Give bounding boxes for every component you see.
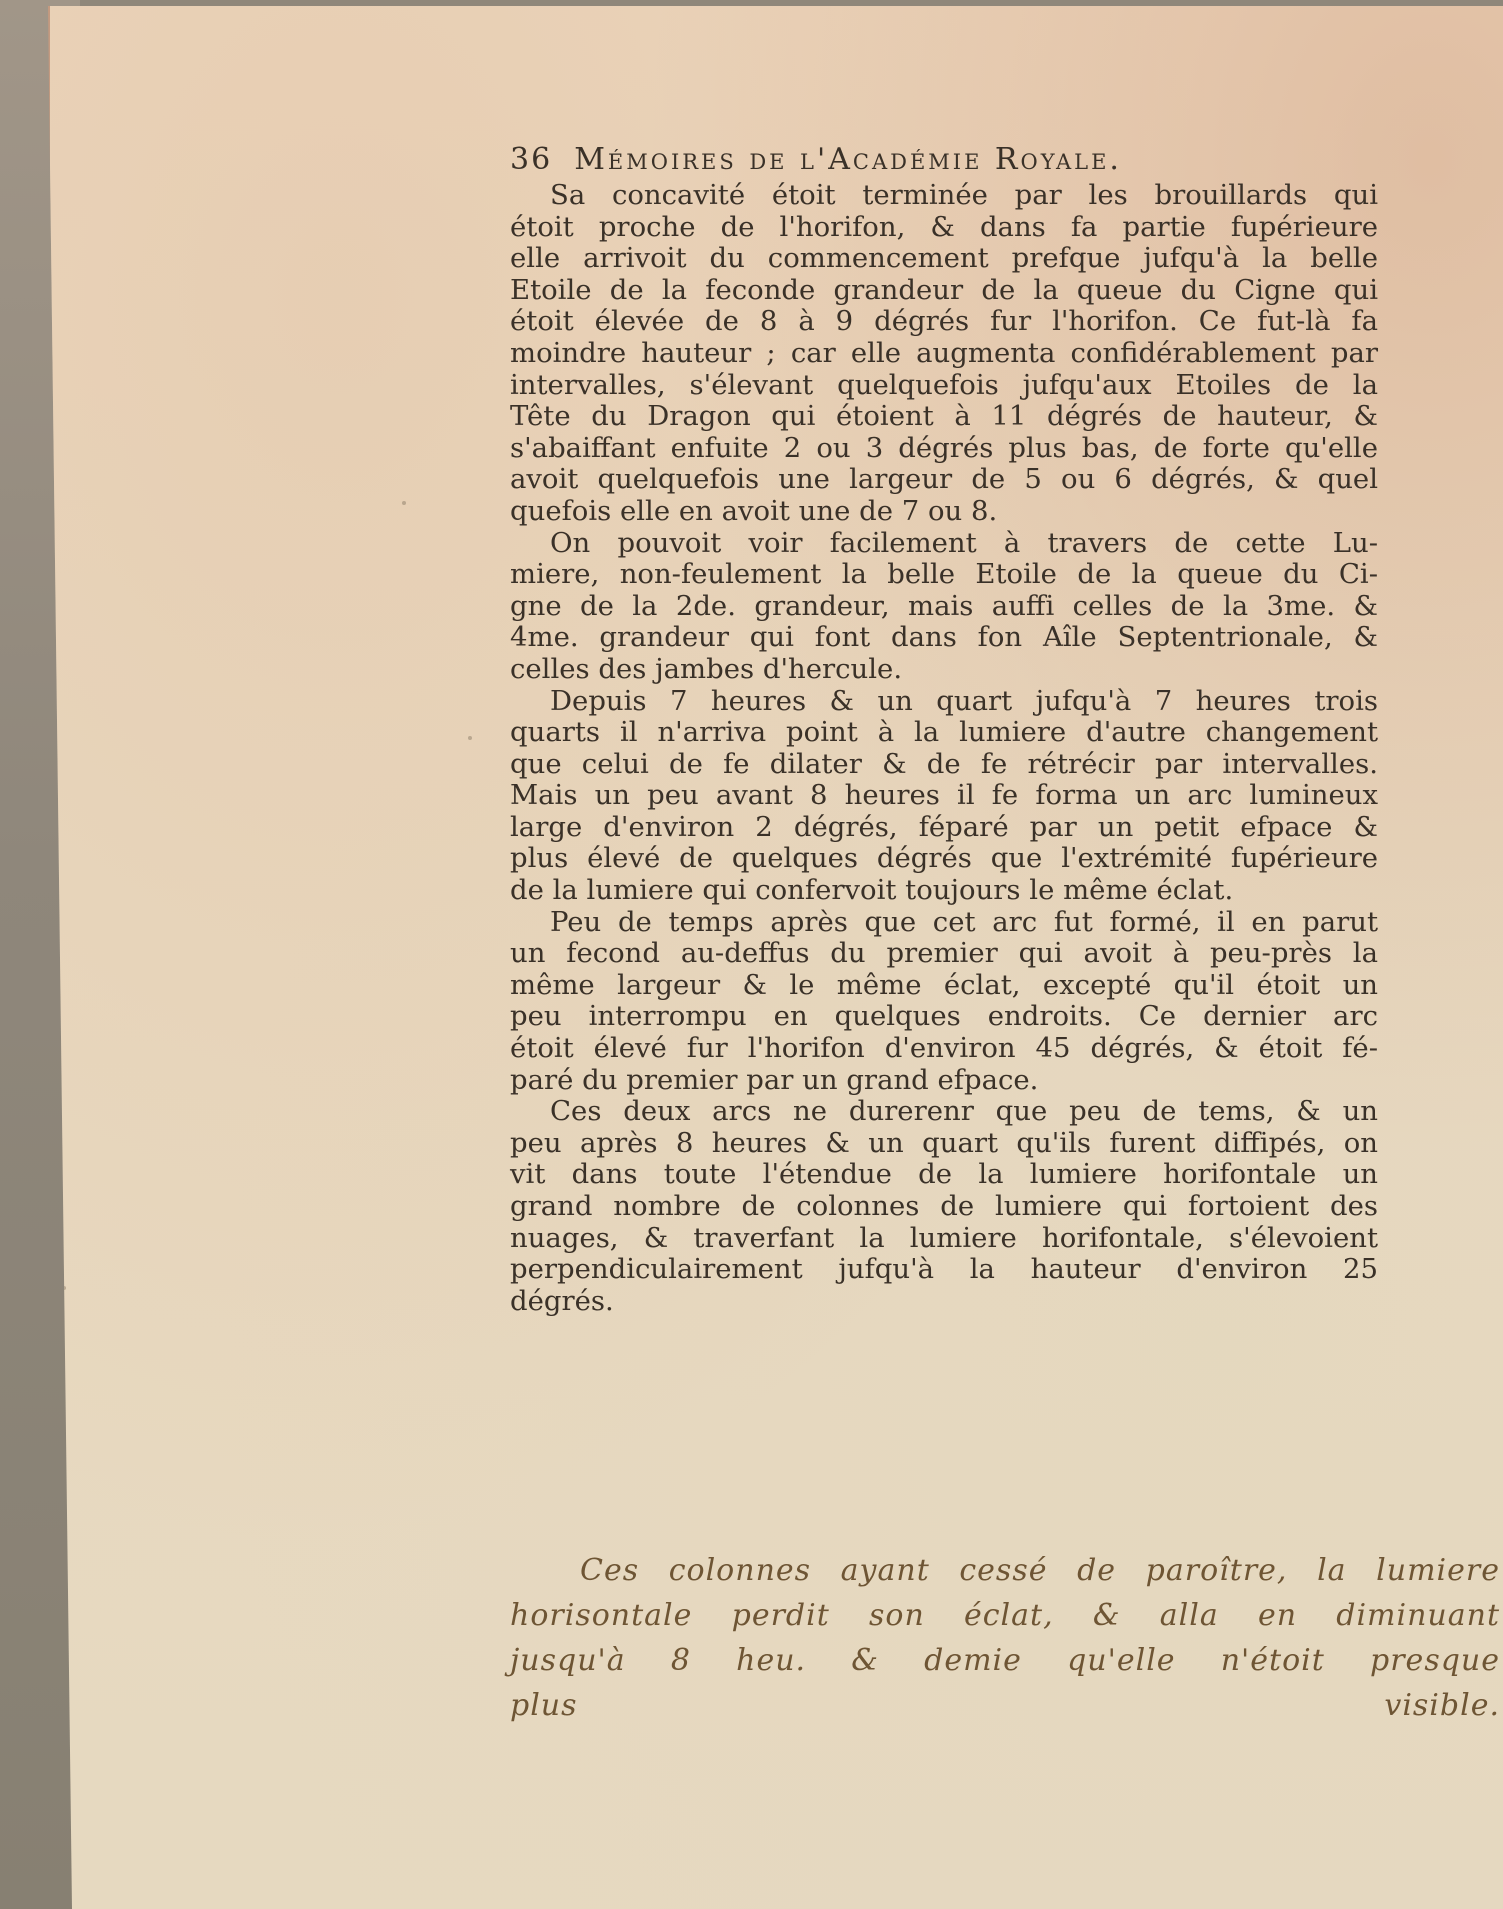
text-line: large d'environ 2 dégrés, féparé par un … xyxy=(510,812,1378,844)
text-line: Mais un peu avant 8 heures il fe forma u… xyxy=(510,780,1378,812)
text-line: moindre hauteur ; car elle augmenta conf… xyxy=(510,338,1378,370)
text-line: 4me. grandeur qui font dans fon Aîle Sep… xyxy=(510,622,1378,654)
text-line: plus élevé de quelques dégrés que l'extr… xyxy=(510,843,1378,875)
text-line: Etoile de la feconde grandeur de la queu… xyxy=(510,275,1378,307)
text-line: de la lumiere qui confervoit toujours le… xyxy=(510,875,1378,907)
text-line: Tête du Dragon qui étoient à 11 dégrés d… xyxy=(510,401,1378,433)
text-line: étoit élevé fur l'horifon d'environ 45 d… xyxy=(510,1033,1378,1065)
page-number: 36 xyxy=(510,140,552,180)
handwritten-line: jusqu'à 8 heu. & demie qu'elle n'étoit p… xyxy=(510,1638,1500,1683)
paragraph-4: Peu de temps après que cet arc fut formé… xyxy=(510,907,1378,1097)
text-line: perpendiculairement jufqu'à la hauteur d… xyxy=(510,1254,1378,1286)
handwritten-line: Ces colonnes ayant cessé de paroître, la… xyxy=(510,1548,1500,1593)
paper-speck xyxy=(468,736,472,740)
text-line: dégrés. xyxy=(510,1286,1378,1318)
running-title: Mémoires de l'Académie Royale. xyxy=(574,140,1122,180)
text-line: Ces deux arcs ne durerenr que peu de tem… xyxy=(510,1096,1378,1128)
text-line: grand nombre de colonnes de lumiere qui … xyxy=(510,1191,1378,1223)
text-line: Peu de temps après que cet arc fut formé… xyxy=(510,907,1378,939)
text-line: quarts il n'arriva point à la lumiere d'… xyxy=(510,717,1378,749)
paragraph-3: Depuis 7 heures & un quart jufqu'à 7 heu… xyxy=(510,686,1378,907)
text-line: s'abaiffant enfuite 2 ou 3 dégrés plus b… xyxy=(510,433,1378,465)
text-line: paré du premier par un grand efpace. xyxy=(510,1065,1378,1097)
text-line: avoit quelquefois une largeur de 5 ou 6 … xyxy=(510,464,1378,496)
printed-text: 36 Mémoires de l'Académie Royale. Sa con… xyxy=(510,140,1378,1317)
text-line: Depuis 7 heures & un quart jufqu'à 7 heu… xyxy=(510,686,1378,718)
text-line: nuages, & traverfant la lumiere horifont… xyxy=(510,1223,1378,1255)
handwritten-line: plus visible. xyxy=(510,1683,1500,1728)
paper-speck xyxy=(402,501,406,505)
handwritten-note: Ces colonnes ayant cessé de paroître, la… xyxy=(510,1548,1500,1728)
text-line: peu interrompu en quelques endroits. Ce … xyxy=(510,1001,1378,1033)
text-line: peu après 8 heures & un quart qu'ils fur… xyxy=(510,1128,1378,1160)
text-line: un fecond au-deffus du premier qui avoit… xyxy=(510,938,1378,970)
text-line: celles des jambes d'hercule. xyxy=(510,654,1378,686)
text-line: quefois elle en avoit une de 7 ou 8. xyxy=(510,496,1378,528)
paragraph-1: Sa concavité étoit terminée par les brou… xyxy=(510,180,1378,528)
text-line: étoit proche de l'horifon, & dans fa par… xyxy=(510,212,1378,244)
paragraph-5: Ces deux arcs ne durerenr que peu de tem… xyxy=(510,1096,1378,1317)
text-line: étoit élevée de 8 à 9 dégrés fur l'horif… xyxy=(510,306,1378,338)
text-line: vit dans toute l'étendue de la lumiere h… xyxy=(510,1159,1378,1191)
text-line: Sa concavité étoit terminée par les brou… xyxy=(510,180,1378,212)
text-line: que celui de fe dilater & de fe rétrécir… xyxy=(510,749,1378,781)
text-line: elle arrivoit du commencement prefque ju… xyxy=(510,243,1378,275)
text-line: miere, non-feulement la belle Etoile de … xyxy=(510,559,1378,591)
text-line: même largeur & le même éclat, excepté qu… xyxy=(510,970,1378,1002)
text-line: gne de la 2de. grandeur, mais auffi cell… xyxy=(510,591,1378,623)
running-head: 36 Mémoires de l'Académie Royale. xyxy=(510,140,1378,180)
paragraph-2: On pouvoit voir facilement à travers de … xyxy=(510,528,1378,686)
text-line: intervalles, s'élevant quelquefois jufqu… xyxy=(510,370,1378,402)
handwritten-line: horisontale perdit son éclat, & alla en … xyxy=(510,1593,1500,1638)
text-line: On pouvoit voir facilement à travers de … xyxy=(510,528,1378,560)
